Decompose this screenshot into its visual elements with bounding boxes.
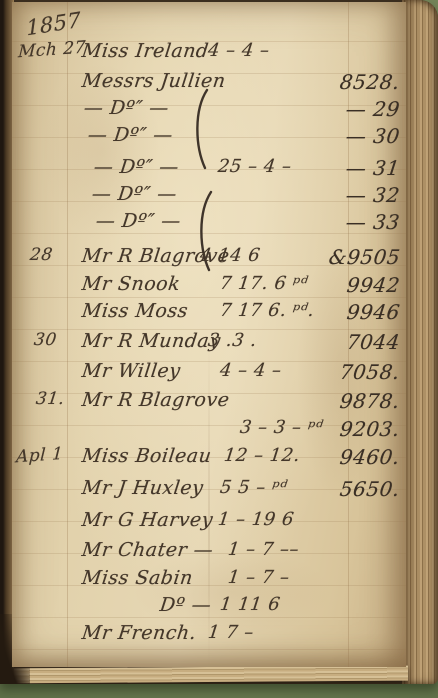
page-edges-right [402,0,438,684]
ledger-row: Messrs Jullien 8528. [12,70,406,96]
ledger-row: Mr Chater — 1 – 7 –– [12,539,406,565]
ledger-row: 28 Mr R Blagrove 4 14 6 &9505 [12,245,406,271]
ledger-row: Miss Moss 7 17 6. ᵖᵈ. 9946 [12,300,406,326]
entry-date: Apl 1 [16,443,81,468]
entry-name: Mr R Munday [81,330,222,352]
ledger-row: — Dº″ — — 33 [12,210,406,236]
entry-name: Mr Snook [81,273,182,295]
ledger-row: — Dº″ — — 32 [12,183,406,209]
entry-number: 5650. [339,477,402,501]
entry-amount: 4 14 6 [199,245,262,266]
entry-name: Mr Chater — [81,539,215,561]
ledger-row: Mr Willey 4 – 4 – 7058. [12,360,406,386]
ledger-row: Mr French. 1 7 – [12,622,406,648]
entry-ditto: Dº — [159,594,213,616]
entry-name: Mr G Harvey [81,509,215,531]
entry-amount: 4 – 4 – [219,360,283,381]
entry-name: Messrs Jullien [81,70,227,92]
entry-number: 9460. [339,445,402,469]
ledger-row: Mch 27 Miss Ireland 4 – 4 – [12,40,406,66]
entry-name: Miss Boileau [81,445,213,467]
entry-date: Mch 27 [18,38,83,63]
entry-number: 9946 [346,300,402,324]
entry-amount: 1 – 7 –– [227,539,301,560]
entry-amount: 3 – 3 – ᵖᵈ [239,417,325,438]
entry-number: &9505 [327,245,401,269]
entry-amount: 12 – 12. [223,445,302,466]
ledger-row: Mr Snook 7 17. 6 ᵖᵈ 9942 [12,273,406,299]
ledger-photo: { "meta": { "description": "Photographed… [0,0,438,698]
entry-amount: 1 7 – [207,622,255,643]
entry-name: Miss Ireland [81,40,210,62]
entry-ditto: — Dº″ — [91,183,179,205]
ledger-row: 31. Mr R Blagrove 9878. [12,389,406,415]
entry-amount: 1 – 19 6 [217,509,296,530]
ledger-row: Mr J Huxley 5 5 – ᵖᵈ 5650. [12,477,406,503]
entry-ditto: — Dº″ — [87,124,175,146]
entry-name: Miss Sabin [81,567,195,589]
entry-name: Mr French. [81,622,198,644]
ledger-row: Mr G Harvey 1 – 19 6 [12,509,406,535]
ledger-row: Dº — 1 11 6 [12,594,406,620]
entry-number: — 30 [345,124,402,148]
entry-number: 9203. [339,417,402,441]
entry-ditto: — Dº″ — [93,156,181,178]
ledger-row: 3 – 3 – ᵖᵈ 9203. [12,417,406,443]
ledger-page: 1857 Mch 27 Miss Ireland 4 – 4 – Messrs … [12,2,406,667]
ledger-row: 30 Mr R Munday 3 .3 . 7044 [12,330,406,356]
entry-amount: 4 – 4 – [207,40,271,61]
entry-amount: 1 – 7 – [227,567,291,588]
ledger-row: — Dº″ — 25 – 4 – — 31 [12,156,406,182]
ledger-row: Miss Sabin 1 – 7 – [12,567,406,593]
entry-number: 7044 [346,330,402,354]
entry-number: 9942 [346,273,402,297]
entry-name: Mr Willey [81,360,182,382]
ledger-row: Apl 1 Miss Boileau 12 – 12. 9460. [12,445,406,471]
entry-number: — 29 [345,97,402,121]
page-edges-bottom [8,666,408,684]
ledger-book: 1857 Mch 27 Miss Ireland 4 – 4 – Messrs … [0,0,438,684]
ledger-row: — Dº″ — — 29 [12,97,406,123]
entry-number: — 33 [345,210,402,234]
entry-ditto: — Dº″ — [95,210,183,232]
entry-amount: 1 11 6 [219,594,282,615]
entry-amount: 3 .3 . [207,330,258,351]
entry-number: 7058. [339,360,402,384]
entry-amount: 7 17. 6 ᵖᵈ [219,273,310,294]
entry-amount: 5 5 – ᵖᵈ [219,477,289,498]
entry-name: Mr R Blagrove [81,389,231,411]
entry-name: Miss Moss [81,300,190,322]
entry-number: 8528. [339,70,402,94]
entry-amount: 25 – 4 – [217,156,293,177]
entry-number: 9878. [339,389,402,413]
entry-name: Mr J Huxley [81,477,205,499]
entry-ditto: — Dº″ — [83,97,171,119]
entry-number: — 32 [345,183,402,207]
ledger-row: — Dº″ — — 30 [12,124,406,150]
entry-number: — 31 [345,156,402,180]
entry-amount: 7 17 6. ᵖᵈ. [219,300,316,321]
